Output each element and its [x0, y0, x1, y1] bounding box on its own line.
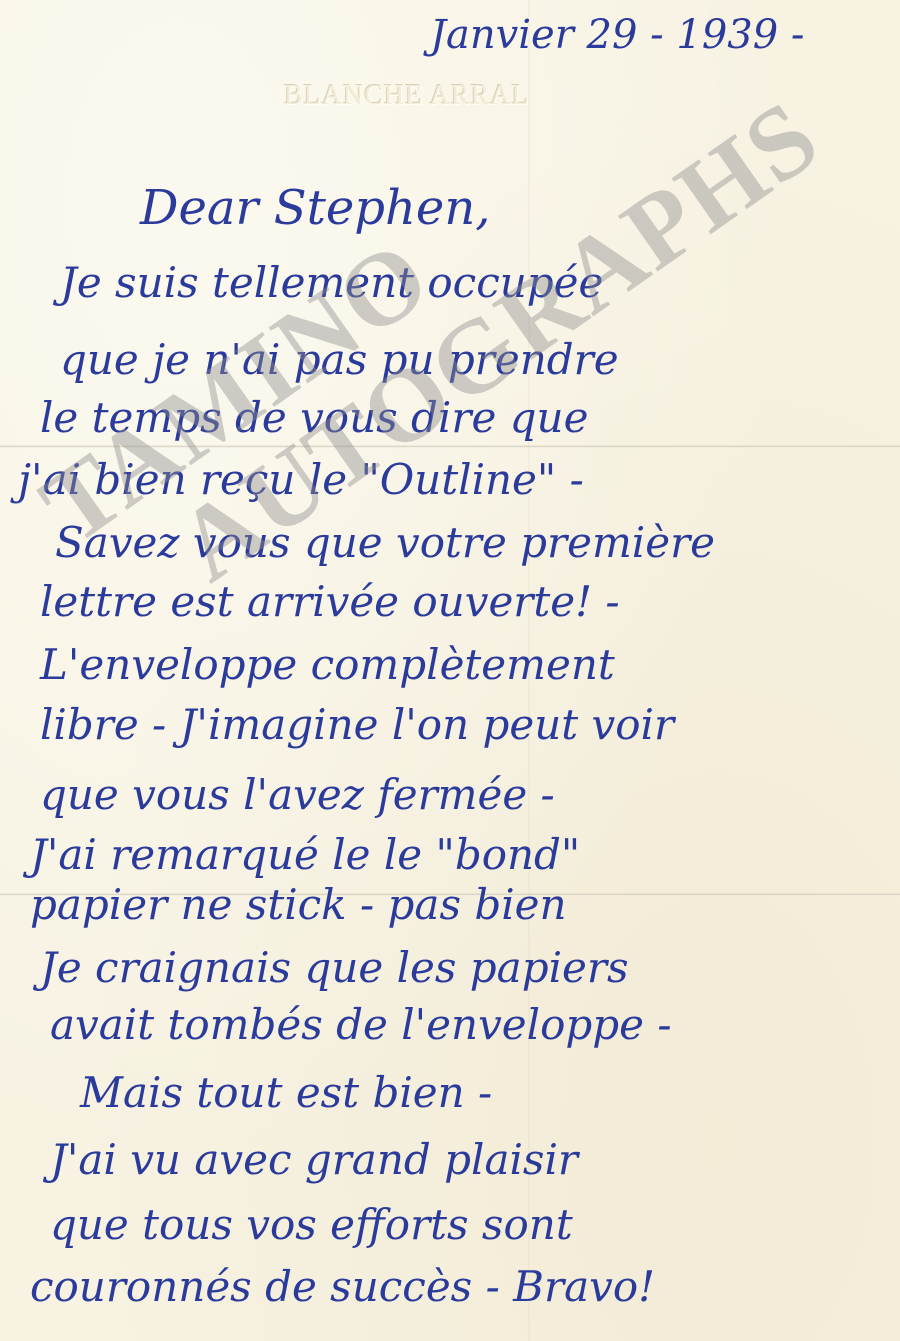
letter-date: Janvier 29 - 1939 - — [430, 12, 804, 58]
letter-line: j'ai bien reçu le "Outline" - — [18, 455, 584, 504]
letter-line: que tous vos efforts sont — [50, 1200, 573, 1249]
letter-line: J'ai remarqué le le "bond" — [30, 830, 580, 879]
fold-line — [0, 445, 900, 448]
letter-line: Je craignais que les papiers — [40, 943, 629, 992]
salutation: Dear Stephen, — [140, 180, 491, 236]
letter-line: Je suis tellement occupée — [60, 258, 603, 307]
letter-line: avait tombés de l'enveloppe - — [50, 1000, 672, 1049]
letter-line: Mais tout est bien - — [80, 1068, 492, 1117]
letter-line: couronnés de succès - Bravo! — [30, 1262, 655, 1311]
letter-line: L'enveloppe complètement — [40, 640, 615, 689]
letter-line: J'ai vu avec grand plaisir — [50, 1135, 578, 1184]
letter-line: libre - J'imagine l'on peut voir — [40, 700, 674, 749]
letter-line: lettre est arrivée ouverte! - — [40, 577, 620, 626]
letter-line: que vous l'avez fermée - — [40, 770, 555, 819]
letter-line: que je n'ai pas pu prendre — [60, 335, 619, 384]
letter-line: le temps de vous dire que — [40, 393, 588, 442]
letter-line: Savez vous que votre première — [55, 518, 715, 567]
embossed-letterhead: BLANCHE ARRAL — [284, 80, 530, 112]
letter-line: papier ne stick - pas bien — [30, 880, 567, 929]
